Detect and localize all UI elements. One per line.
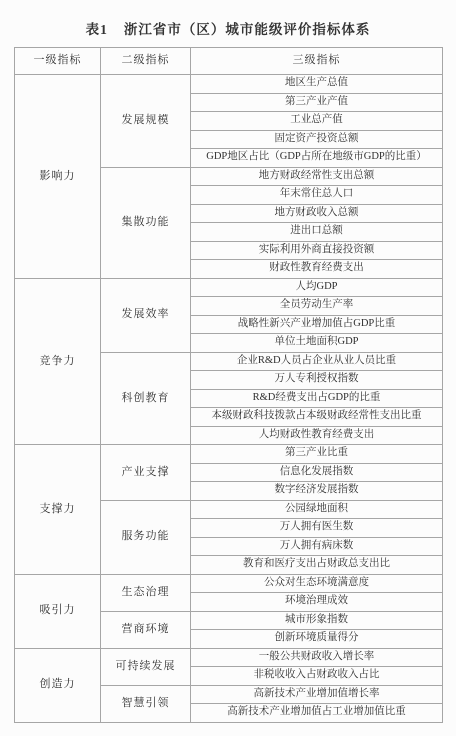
indicator-table-header: 一级指标 二级指标 三级指标: [15, 48, 443, 75]
level3-indicator-cell: R&D经费支出占GDP的比重: [191, 389, 443, 408]
level2-indicator-cell: 生态治理: [101, 574, 191, 611]
document-page: 表1浙江省市（区）城市能级评价指标体系 一级指标 二级指标 三级指标 影响力发展…: [0, 0, 456, 736]
level3-indicator-cell: 单位土地面积GDP: [191, 334, 443, 353]
level3-indicator-cell: 人均GDP: [191, 278, 443, 297]
level3-indicator-cell: 非税收收入占财政收入占比: [191, 667, 443, 686]
level3-indicator-cell: 企业R&D人员占企业从业人员比重: [191, 352, 443, 371]
indicator-row: 支撑力产业支撑第三产业比重: [15, 445, 443, 464]
level3-indicator-cell: 第三产业产值: [191, 93, 443, 112]
level3-indicator-cell: 固定资产投资总额: [191, 130, 443, 149]
level3-indicator-cell: 万人拥有医生数: [191, 519, 443, 538]
level3-indicator-cell: 城市形象指数: [191, 611, 443, 630]
level2-indicator-cell: 可持续发展: [101, 648, 191, 685]
indicator-row: 影响力发展规模地区生产总值: [15, 75, 443, 94]
level3-indicator-cell: 一般公共财政收入增长率: [191, 648, 443, 667]
level3-indicator-cell: 地方财政收入总额: [191, 204, 443, 223]
level1-indicator-cell: 竞争力: [15, 278, 101, 445]
level3-indicator-cell: 实际利用外商直接投资额: [191, 241, 443, 260]
level2-indicator-cell: 集散功能: [101, 167, 191, 278]
header-level2: 二级指标: [101, 48, 191, 75]
level3-indicator-cell: 财政性教育经费支出: [191, 260, 443, 279]
level3-indicator-cell: 万人专利授权指数: [191, 371, 443, 390]
level2-indicator-cell: 发展规模: [101, 75, 191, 168]
level2-indicator-cell: 科创教育: [101, 352, 191, 445]
level3-indicator-cell: 战略性新兴产业增加值占GDP比重: [191, 315, 443, 334]
level1-indicator-cell: 创造力: [15, 648, 101, 722]
level3-indicator-cell: 进出口总额: [191, 223, 443, 242]
table-caption: 表1浙江省市（区）城市能级评价指标体系: [0, 18, 456, 38]
indicator-table-body: 影响力发展规模地区生产总值第三产业产值工业总产值固定资产投资总额GDP地区占比（…: [15, 75, 443, 723]
level3-indicator-cell: 公园绿地面积: [191, 500, 443, 519]
level3-indicator-cell: 地方财政经常性支出总额: [191, 167, 443, 186]
level1-indicator-cell: 吸引力: [15, 574, 101, 648]
indicator-row: 竞争力发展效率人均GDP: [15, 278, 443, 297]
level3-indicator-cell: 创新环境质量得分: [191, 630, 443, 649]
level2-indicator-cell: 智慧引领: [101, 685, 191, 722]
level2-indicator-cell: 产业支撑: [101, 445, 191, 501]
level3-indicator-cell: 人均财政性教育经费支出: [191, 426, 443, 445]
level3-indicator-cell: GDP地区占比（GDP占所在地级市GDP的比重）: [191, 149, 443, 168]
table-caption-number: 表1: [86, 22, 108, 37]
indicator-row: 创造力可持续发展一般公共财政收入增长率: [15, 648, 443, 667]
level2-indicator-cell: 发展效率: [101, 278, 191, 352]
header-level3: 三级指标: [191, 48, 443, 75]
level3-indicator-cell: 第三产业比重: [191, 445, 443, 464]
level3-indicator-cell: 本级财政科技拨款占本级财政经常性支出比重: [191, 408, 443, 427]
indicator-table: 一级指标 二级指标 三级指标 影响力发展规模地区生产总值第三产业产值工业总产值固…: [14, 47, 443, 723]
level1-indicator-cell: 支撑力: [15, 445, 101, 575]
level3-indicator-cell: 环境治理成效: [191, 593, 443, 612]
level3-indicator-cell: 高新技术产业增加值增长率: [191, 685, 443, 704]
level3-indicator-cell: 教育和医疗支出占财政总支出比: [191, 556, 443, 575]
level3-indicator-cell: 数字经济发展指数: [191, 482, 443, 501]
level3-indicator-cell: 年末常住总人口: [191, 186, 443, 205]
level3-indicator-cell: 地区生产总值: [191, 75, 443, 94]
level3-indicator-cell: 全员劳动生产率: [191, 297, 443, 316]
table-caption-title: 浙江省市（区）城市能级评价指标体系: [124, 22, 371, 37]
level2-indicator-cell: 服务功能: [101, 500, 191, 574]
header-level1: 一级指标: [15, 48, 101, 75]
level2-indicator-cell: 营商环境: [101, 611, 191, 648]
level3-indicator-cell: 信息化发展指数: [191, 463, 443, 482]
level3-indicator-cell: 工业总产值: [191, 112, 443, 131]
indicator-row: 吸引力生态治理公众对生态环境满意度: [15, 574, 443, 593]
level1-indicator-cell: 影响力: [15, 75, 101, 279]
level3-indicator-cell: 高新技术产业增加值占工业增加值比重: [191, 704, 443, 723]
header-row: 一级指标 二级指标 三级指标: [15, 48, 443, 75]
level3-indicator-cell: 公众对生态环境满意度: [191, 574, 443, 593]
level3-indicator-cell: 万人拥有病床数: [191, 537, 443, 556]
